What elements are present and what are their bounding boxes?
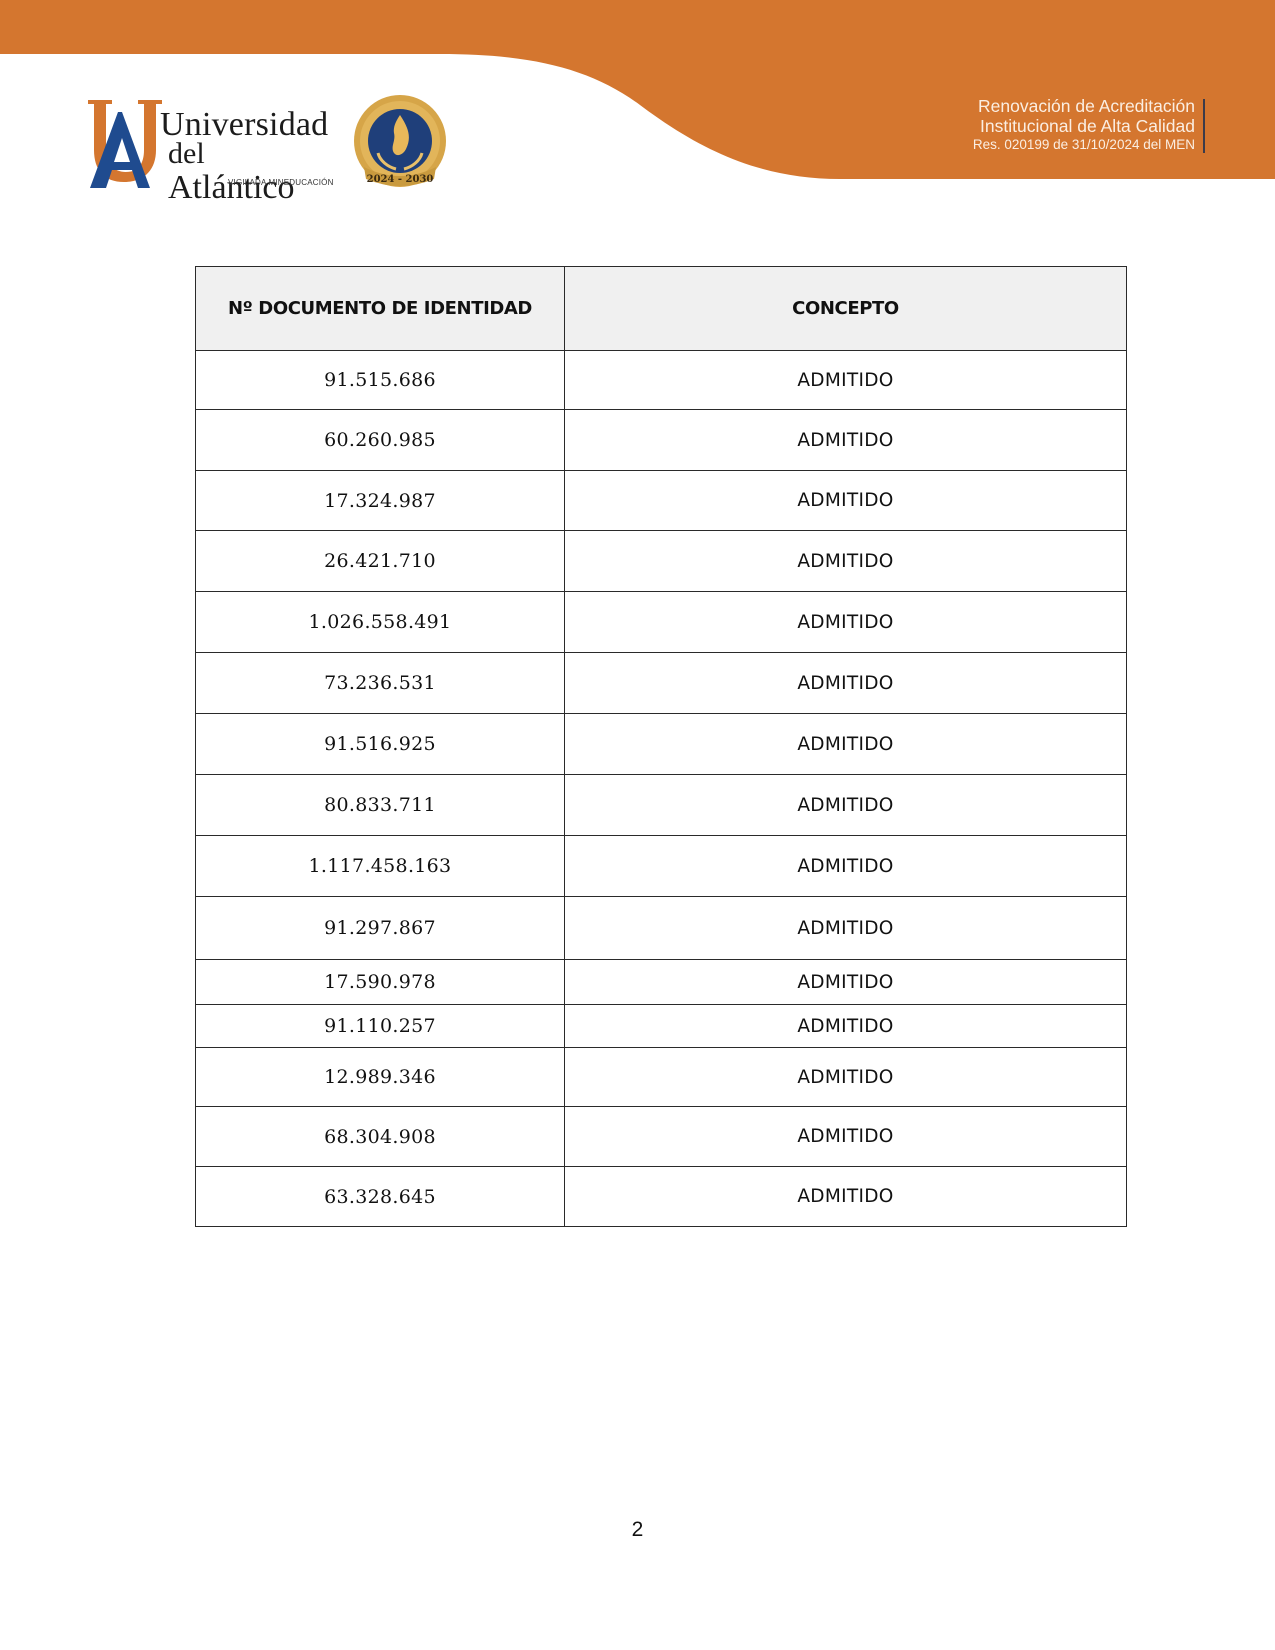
document-number-cell: 73.236.531 [196,653,565,714]
table-row: 12.989.346ADMITIDO [196,1048,1127,1107]
concept-cell: ADMITIDO [565,410,1127,471]
concept-cell: ADMITIDO [565,775,1127,836]
logo-line-2: del Atlántico [168,136,336,205]
table-row: 73.236.531ADMITIDO [196,653,1127,714]
concept-cell: ADMITIDO [565,960,1127,1005]
concept-cell: ADMITIDO [565,653,1127,714]
table-row: 1.026.558.491ADMITIDO [196,592,1127,653]
document-number-cell: 63.328.645 [196,1167,565,1227]
document-number-cell: 17.324.987 [196,471,565,531]
accreditation-divider [1203,99,1205,153]
admissions-table: Nº DOCUMENTO DE IDENTIDAD CONCEPTO 91.51… [195,266,1127,1227]
concept-cell: ADMITIDO [565,714,1127,775]
table-header-row: Nº DOCUMENTO DE IDENTIDAD CONCEPTO [196,267,1127,351]
document-number-cell: 1.026.558.491 [196,592,565,653]
document-number-cell: 68.304.908 [196,1107,565,1167]
document-number-cell: 91.297.867 [196,897,565,960]
table-row: 17.324.987ADMITIDO [196,471,1127,531]
document-number-cell: 80.833.711 [196,775,565,836]
concept-cell: ADMITIDO [565,592,1127,653]
concept-cell: ADMITIDO [565,836,1127,897]
concept-cell: ADMITIDO [565,351,1127,410]
concept-cell: ADMITIDO [565,1167,1127,1227]
accreditation-line-2: Institucional de Alta Calidad [973,116,1195,136]
document-number-cell: 26.421.710 [196,531,565,592]
ua-monogram-icon [86,98,164,190]
column-header-documento: Nº DOCUMENTO DE IDENTIDAD [196,267,565,351]
column-header-concepto: CONCEPTO [565,267,1127,351]
accreditation-line-1: Renovación de Acreditación [973,96,1195,116]
table-row: 26.421.710ADMITIDO [196,531,1127,592]
table-row: 60.260.985ADMITIDO [196,410,1127,471]
document-number-cell: 60.260.985 [196,410,565,471]
logo-tagline: VIGILADA MINEDUCACIÓN [228,178,334,187]
accreditation-seal-icon: 2024 - 2030 [350,93,450,193]
accreditation-statement: Renovación de Acreditación Institucional… [973,96,1205,154]
document-number-cell: 12.989.346 [196,1048,565,1107]
document-number-cell: 17.590.978 [196,960,565,1005]
table-row: 80.833.711ADMITIDO [196,775,1127,836]
concept-cell: ADMITIDO [565,471,1127,531]
table-row: 17.590.978ADMITIDO [196,960,1127,1005]
concept-cell: ADMITIDO [565,1107,1127,1167]
concept-cell: ADMITIDO [565,897,1127,960]
document-number-cell: 1.117.458.163 [196,836,565,897]
document-number-cell: 91.515.686 [196,351,565,410]
accreditation-resolution: Res. 020199 de 31/10/2024 del MEN [973,136,1195,154]
table-row: 91.515.686ADMITIDO [196,351,1127,410]
table-row: 91.110.257ADMITIDO [196,1005,1127,1048]
document-number-cell: 91.516.925 [196,714,565,775]
concept-cell: ADMITIDO [565,531,1127,592]
document-number-cell: 91.110.257 [196,1005,565,1048]
table-row: 91.516.925ADMITIDO [196,714,1127,775]
concept-cell: ADMITIDO [565,1005,1127,1048]
seal-years: 2024 - 2030 [367,174,434,185]
table-row: 91.297.867ADMITIDO [196,897,1127,960]
logo-line-2-prefix: del [168,137,205,170]
page-number: 2 [0,1518,1275,1542]
table-row: 68.304.908ADMITIDO [196,1107,1127,1167]
table-row: 63.328.645ADMITIDO [196,1167,1127,1227]
university-logo: Universidad del Atlántico VIGILADA MINED… [86,98,336,190]
concept-cell: ADMITIDO [565,1048,1127,1107]
logo-line-2-main: Atlántico [168,169,295,206]
table-row: 1.117.458.163ADMITIDO [196,836,1127,897]
